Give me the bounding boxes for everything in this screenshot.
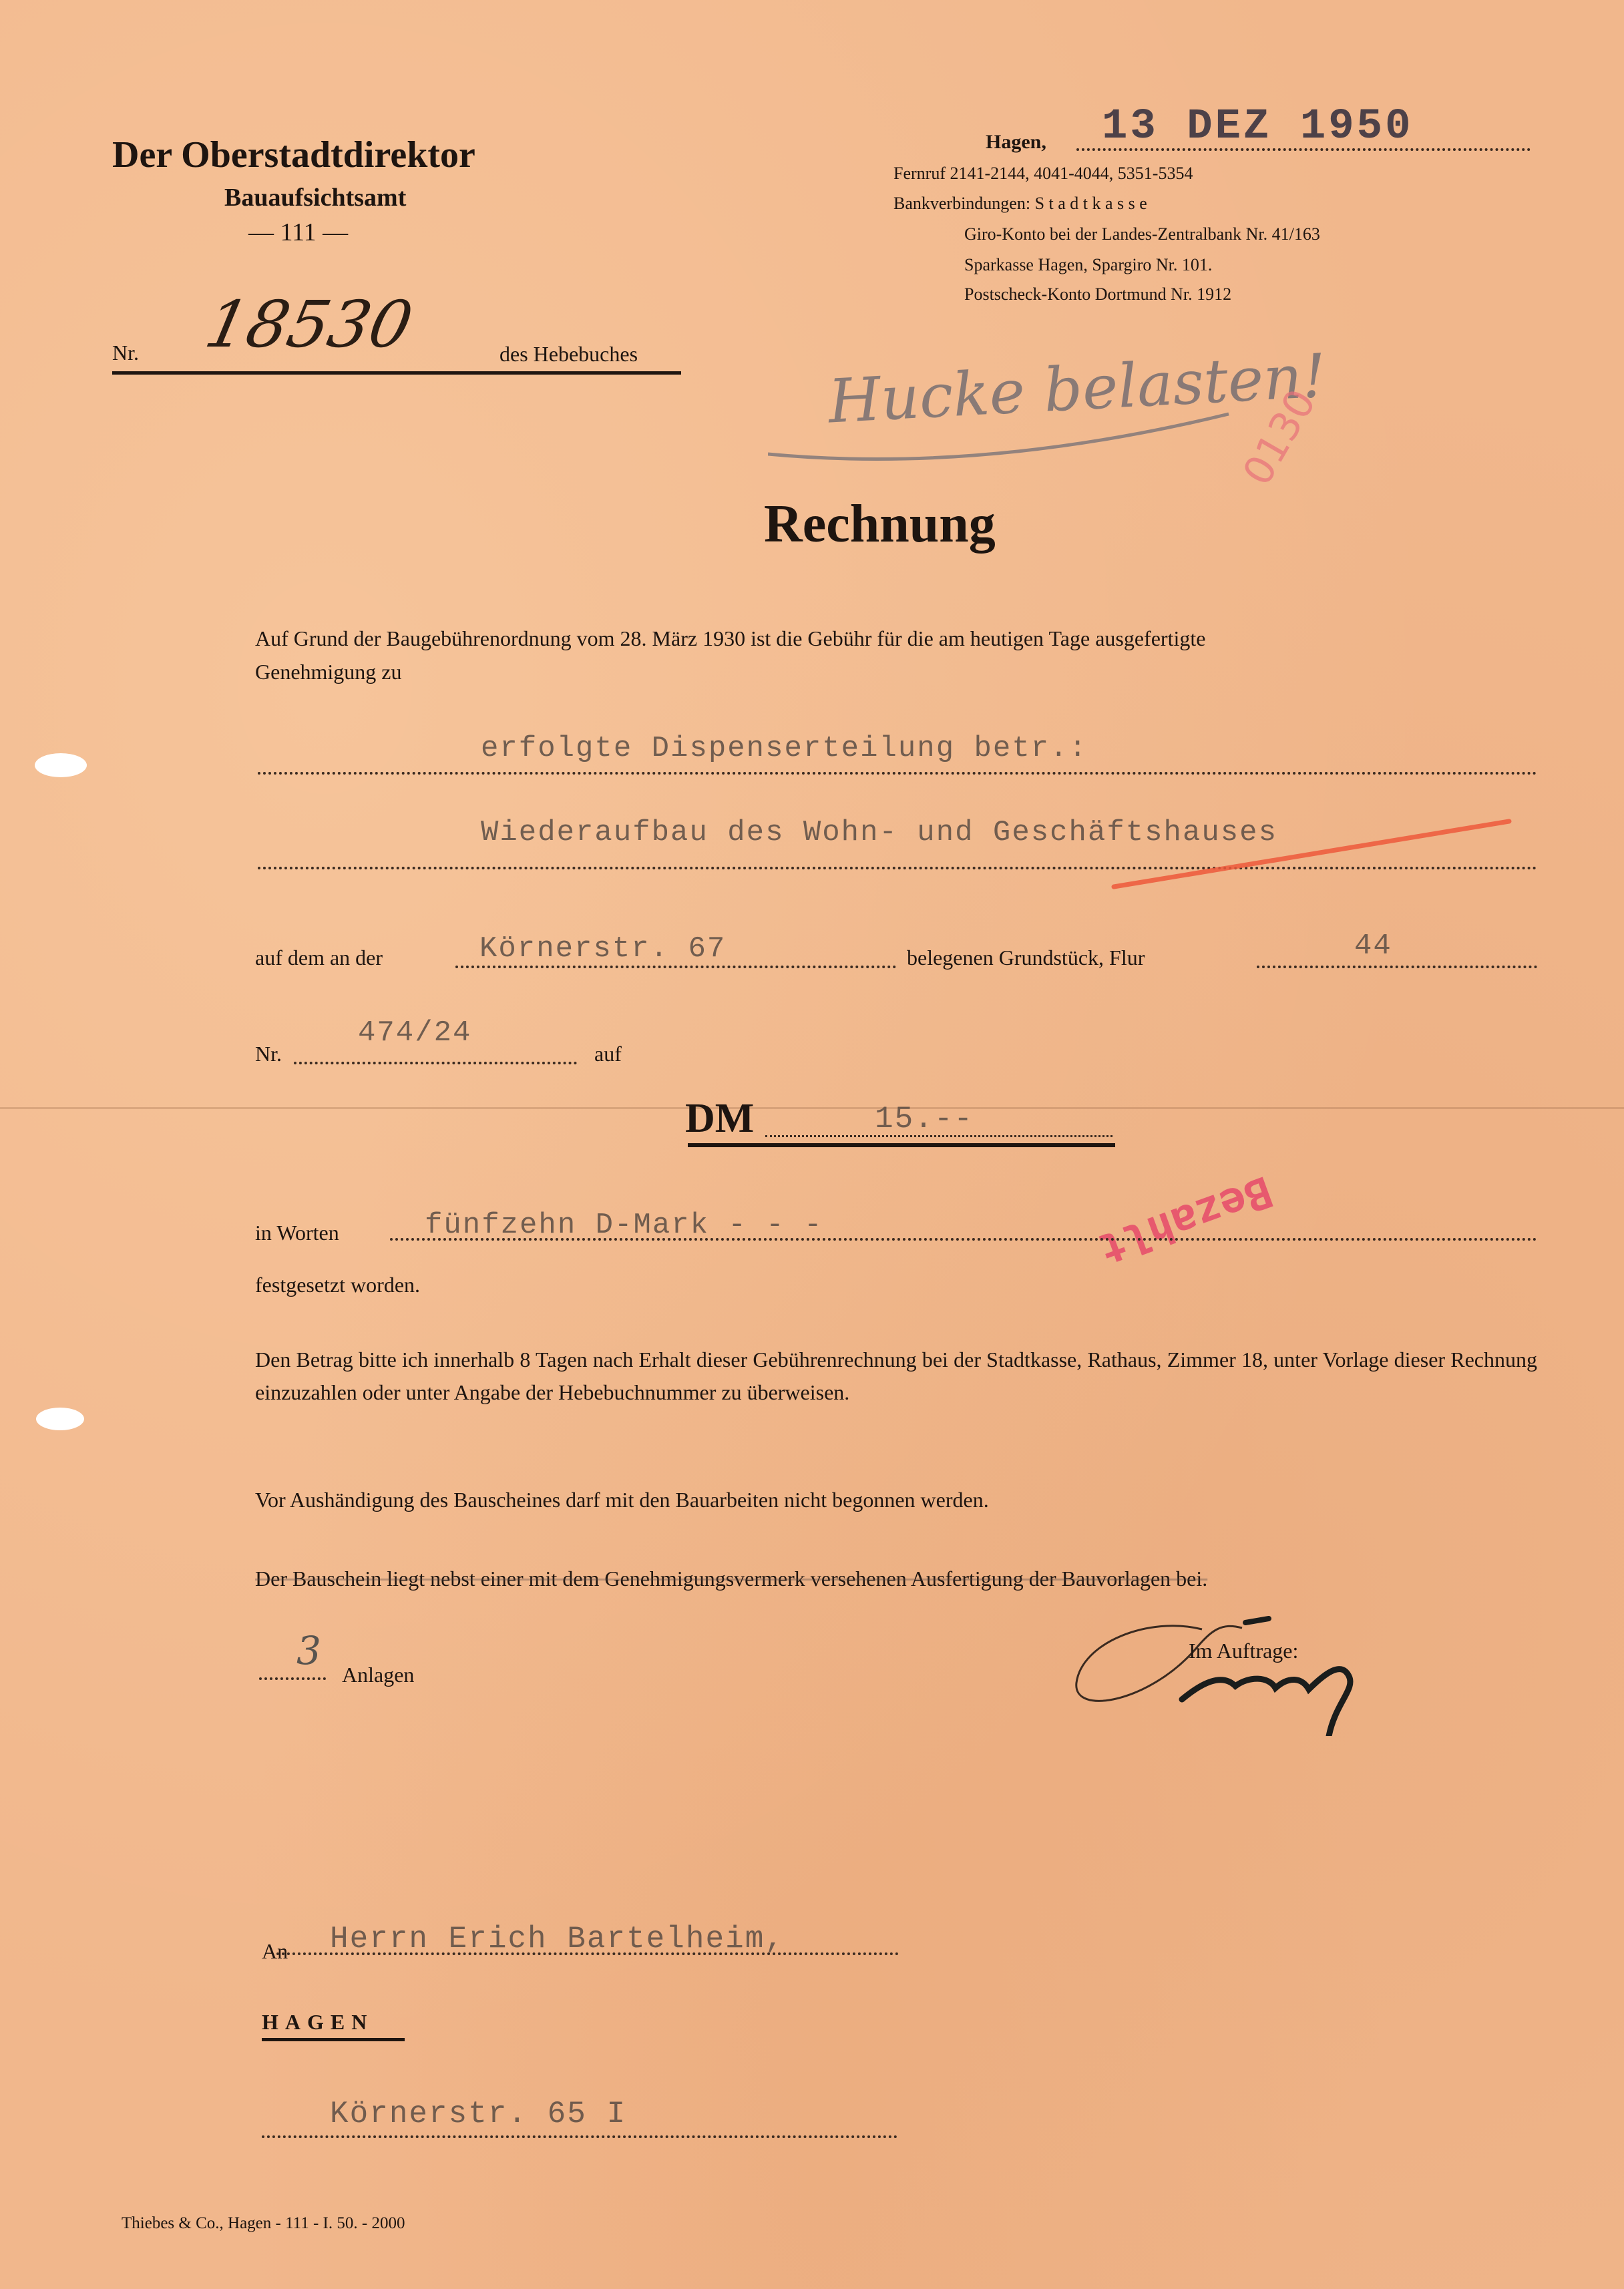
- location-middle: belegenen Grundstück, Flur: [907, 946, 1145, 970]
- attachments-count: 3: [296, 1628, 321, 1673]
- place-label: Hagen,: [986, 131, 1046, 154]
- printer-imprint: Thiebes & Co., Hagen - 111 - I. 50. - 20…: [122, 2214, 405, 2233]
- red-pencil-slash: [1108, 815, 1522, 895]
- signature: [1068, 1603, 1389, 1736]
- in-words-rule: [390, 1238, 1537, 1241]
- department-code: — 111 —: [248, 218, 348, 247]
- pencil-underline: [768, 401, 1235, 474]
- amount-in-words: fünfzehn D-Mark - - -: [425, 1209, 823, 1242]
- recipient-city: HAGEN: [262, 2010, 373, 2035]
- department-name: Bauaufsichtsamt: [224, 183, 406, 212]
- recipient-street: Körnerstr. 65 I: [330, 2097, 626, 2131]
- amount-value: 15.--: [875, 1102, 974, 1136]
- bank-giro: Giro-Konto bei der Landes-Zentralbank Nr…: [964, 224, 1320, 244]
- fixed-text: festgesetzt worden.: [255, 1273, 420, 1297]
- street-address-rule: [262, 2135, 897, 2138]
- attachments-rule: [259, 1677, 326, 1680]
- construction-notice: Vor Aushändigung des Bauscheines darf mi…: [255, 1484, 1537, 1516]
- document-heading: Rechnung: [764, 494, 996, 555]
- parcel-suffix: auf: [594, 1042, 622, 1066]
- amount-dotline: [765, 1135, 1112, 1137]
- recipient-name: Herrn Erich Bartelheim,: [330, 1922, 785, 1956]
- flur-number: 44: [1354, 929, 1392, 963]
- flur-rule: [1257, 966, 1537, 968]
- bank-postal: Postscheck-Konto Dortmund Nr. 1912: [964, 284, 1231, 304]
- parcel-label: Nr.: [255, 1042, 282, 1066]
- phone-numbers: Fernruf 2141-2144, 4041-4044, 5351-5354: [893, 164, 1193, 184]
- ledger-rule: [112, 371, 681, 375]
- punch-hole-top: [35, 753, 87, 777]
- intro-line-2: Genehmigung zu: [255, 660, 402, 684]
- street-rule: [455, 966, 896, 968]
- payment-instructions: Den Betrag bitte ich innerhalb 8 Tagen n…: [255, 1343, 1537, 1409]
- in-words-label: in Worten: [255, 1221, 339, 1245]
- recipient-to-label: An: [262, 1939, 288, 1964]
- currency-label: DM: [685, 1095, 754, 1142]
- signature-label: Im Auftrage:: [1189, 1639, 1298, 1663]
- authority-title: Der Oberstadtdirektor: [112, 134, 475, 176]
- ledger-number: 18530: [199, 287, 419, 362]
- ledger-suffix: des Hebebuches: [499, 342, 638, 367]
- property-street: Körnerstr. 67: [479, 932, 726, 966]
- punch-hole-bottom: [36, 1408, 84, 1430]
- subject-line-1-rule: [258, 772, 1537, 775]
- attachments-label: Anlagen: [342, 1663, 414, 1687]
- city-rule: [262, 2038, 405, 2041]
- bank-savings: Sparkasse Hagen, Spargiro Nr. 101.: [964, 255, 1212, 275]
- date-line: [1076, 148, 1531, 151]
- enclosure-notice: Der Bauschein liegt nebst einer mit dem …: [255, 1563, 1537, 1595]
- paper-fold: [0, 1107, 1624, 1109]
- recipient-rule: [276, 1952, 899, 1955]
- ledger-label: Nr.: [112, 341, 139, 365]
- intro-line-1: Auf Grund der Baugebührenordnung vom 28.…: [255, 626, 1205, 651]
- location-prefix: auf dem an der: [255, 946, 383, 970]
- parcel-rule: [294, 1062, 577, 1064]
- subject-line-1: erfolgte Dispenserteilung betr.:: [481, 732, 1088, 765]
- paid-stamp: Bezahlt: [1092, 1166, 1278, 1274]
- date-stamp: 13 DEZ 1950: [1102, 103, 1413, 151]
- parcel-number: 474/24: [358, 1016, 471, 1050]
- bank-label: Bankverbindungen: S t a d t k a s s e: [893, 194, 1147, 214]
- amount-rule: [688, 1143, 1115, 1147]
